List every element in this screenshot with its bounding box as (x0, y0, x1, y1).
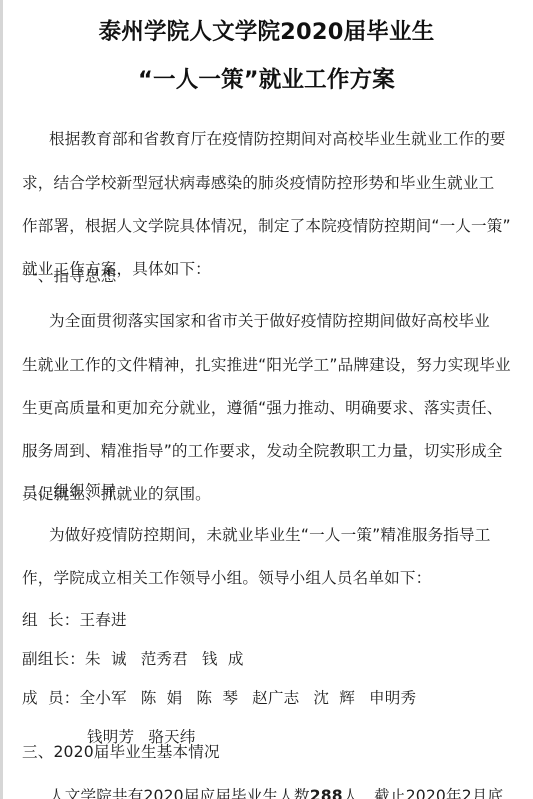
section1-heading: 一、指导思想 (22, 264, 116, 286)
member-name: 全小军 (79, 689, 126, 707)
intro-line: 根据教育部和省教育厅在疫情防控期间对高校毕业生就业工作的要 (49, 127, 506, 149)
section1-line: 为全面贯彻落实国家和省市关于做好疫情防控期间做好高校毕业 (49, 309, 490, 331)
document-page: 泰州学院人文学院2020届毕业生 “一人一策”就业工作方案 根据教育部和省教育厅… (0, 0, 533, 799)
member-name: 申明秀 (369, 689, 416, 707)
section1-line: 生更高质量和更加充分就业，遵循“强力推动、明确要求、落实责任、 (22, 396, 503, 418)
graduate-count: 288 (310, 787, 343, 799)
intro-line: 作部署，根据人文学院具体情况，制定了本院疫情防控期间“一人一策” (22, 214, 511, 236)
intro-line: 求，结合学校新型冠状病毒感染的肺炎疫情防控形势和毕业生就业工 (22, 171, 494, 193)
section3-line-prefix: 人文学院共有2020届应届毕业生人数 (49, 787, 310, 799)
section3-line: 人文学院共有2020届应届毕业生人数288人，截止2020年2月底， (49, 784, 519, 799)
leader-name: 王春进 (79, 611, 126, 629)
section2-heading: 二、组织领导 (22, 479, 116, 501)
member-row-1: 成 员：全小军陈 娟陈 琴赵广志沈 辉申明秀 (22, 686, 416, 708)
member-label: 成 员： (22, 689, 79, 707)
section1-line: 生就业工作的文件精神，扎实推进“阳光学工”品牌建设，努力实现毕业 (22, 353, 511, 375)
deputy-name: 朱 诚 (85, 650, 127, 668)
section3-heading: 三、2020届毕业生基本情况 (22, 740, 220, 762)
section3-line-suffix: 人，截止2020年2月底， (343, 787, 519, 799)
deputy-label: 副组长： (22, 650, 85, 668)
deputy-name: 范秀君 (141, 650, 188, 668)
member-name: 赵广志 (252, 689, 299, 707)
leader-row: 组 长：王春进 (22, 608, 127, 630)
member-name: 陈 娟 (141, 689, 183, 707)
member-name: 陈 琴 (196, 689, 238, 707)
section2-line: 为做好疫情防控期间，未就业毕业生“一人一策”精准服务指导工 (49, 523, 491, 545)
deputy-row: 副组长：朱 诚范秀君钱 成 (22, 647, 244, 669)
section1-line: 服务周到、精准指导”的工作要求，发动全院教职工力量，切实形成全 (22, 439, 503, 461)
document-title-line1: 泰州学院人文学院2020届毕业生 (0, 14, 533, 46)
member-name: 沈 辉 (313, 689, 355, 707)
deputy-name: 钱 成 (202, 650, 244, 668)
document-title-line2: “一人一策”就业工作方案 (0, 62, 533, 94)
section2-line: 作，学院成立相关工作领导小组。领导小组人员名单如下： (22, 566, 431, 588)
leader-label: 组 长： (22, 611, 79, 629)
